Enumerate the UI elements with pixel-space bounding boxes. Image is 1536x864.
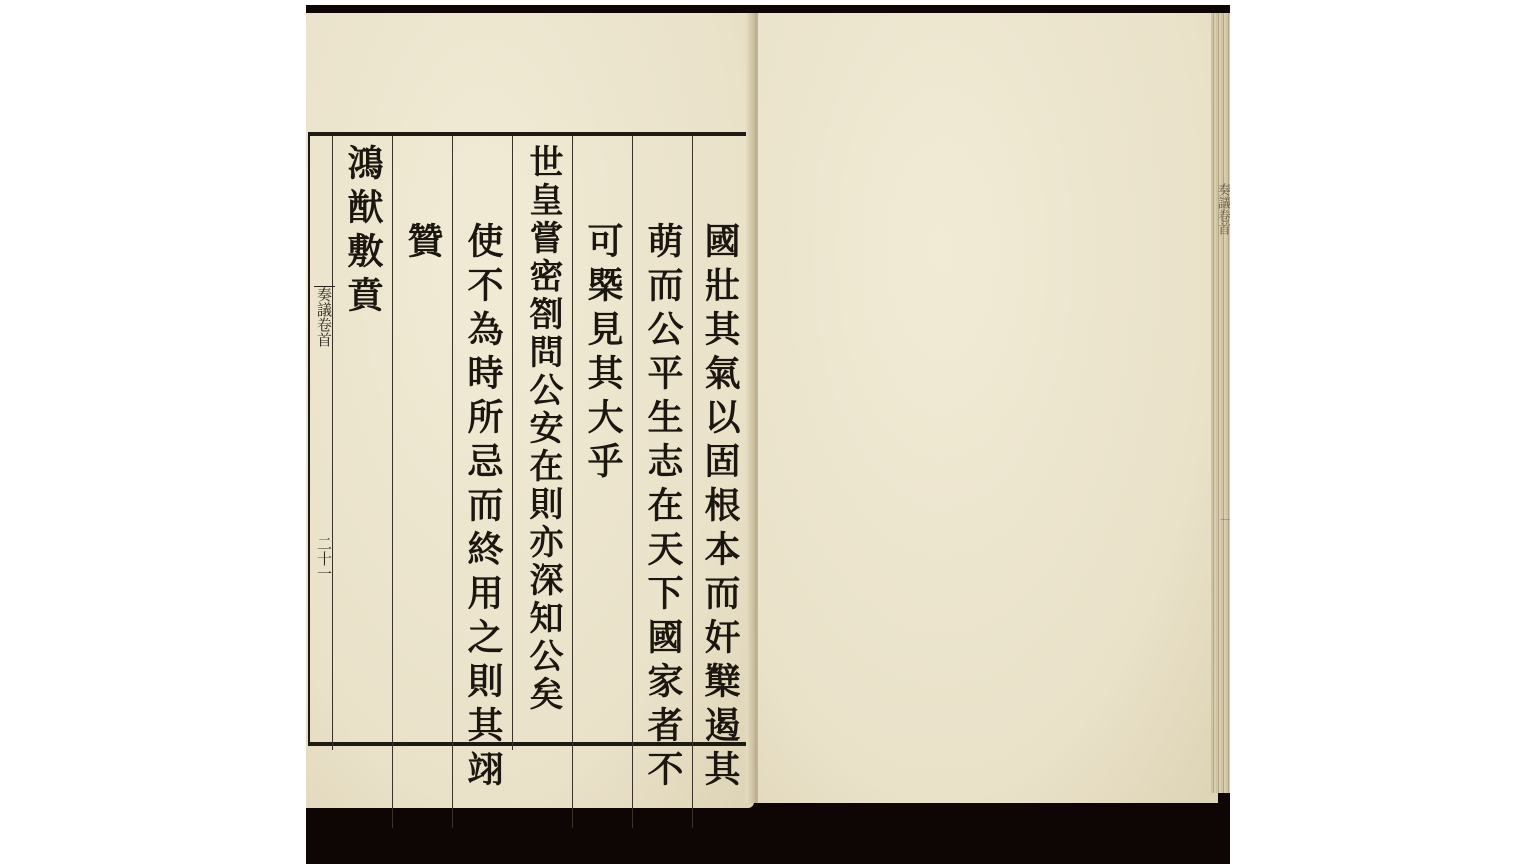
text-column: 可槩見其大乎 [572,136,633,828]
left-text-frame: 國壯其氣以固根本而奸櫱遏其 萌而公平生志在天下國家者不 可槩見其大乎 世皇嘗密劄… [308,132,749,746]
margin-title: 奏議卷首 [314,286,335,347]
page-number: 二十一 [314,536,335,581]
edge-title-text: 奏議卷首 [1213,183,1230,235]
left-page: 國壯其氣以固根本而奸櫱遏其 萌而公平生志在天下國家者不 可槩見其大乎 世皇嘗密劄… [306,13,754,808]
text-column: 國壯其氣以固根本而奸櫱遏其 [692,136,747,828]
column-text: 國壯其氣以固根本而奸櫱遏其 [694,222,746,794]
column-text: 使不為時所忌而終用之則其翊 [457,222,509,794]
column-text: 可槩見其大乎 [577,222,629,486]
text-column: 世皇嘗密劄問公安在則亦深知公矣 [512,136,573,750]
book-scan: 國壯其氣以固根本而奸櫱遏其 萌而公平生志在天下國家者不 可槩見其大乎 世皇嘗密劄… [306,5,1230,864]
text-column: 萌而公平生志在天下國家者不 [632,136,693,828]
column-text: 世皇嘗密劄問公安在則亦深知公矣 [517,144,569,714]
text-column: 鴻猷敷賁 [332,136,393,750]
column-text: 鴻猷敷賁 [337,144,389,320]
column-text: 贊 [397,222,449,266]
right-page: 本於自有之良知而出於天理之 公人心之正者殆難以悉其蘊也 蓋公殫精聖學灼見道體敬存… [758,13,1218,803]
text-column: 使不為時所忌而終用之則其翊 [452,136,513,828]
margin-column: 奏議卷首 二十一 [308,136,334,742]
column-text: 萌而公平生志在天下國家者不 [637,222,689,794]
edge-page-number: 一 [1215,513,1230,526]
page-fore-edge: 奏議卷首 一 [1211,13,1230,793]
text-column: 贊 [392,136,453,828]
